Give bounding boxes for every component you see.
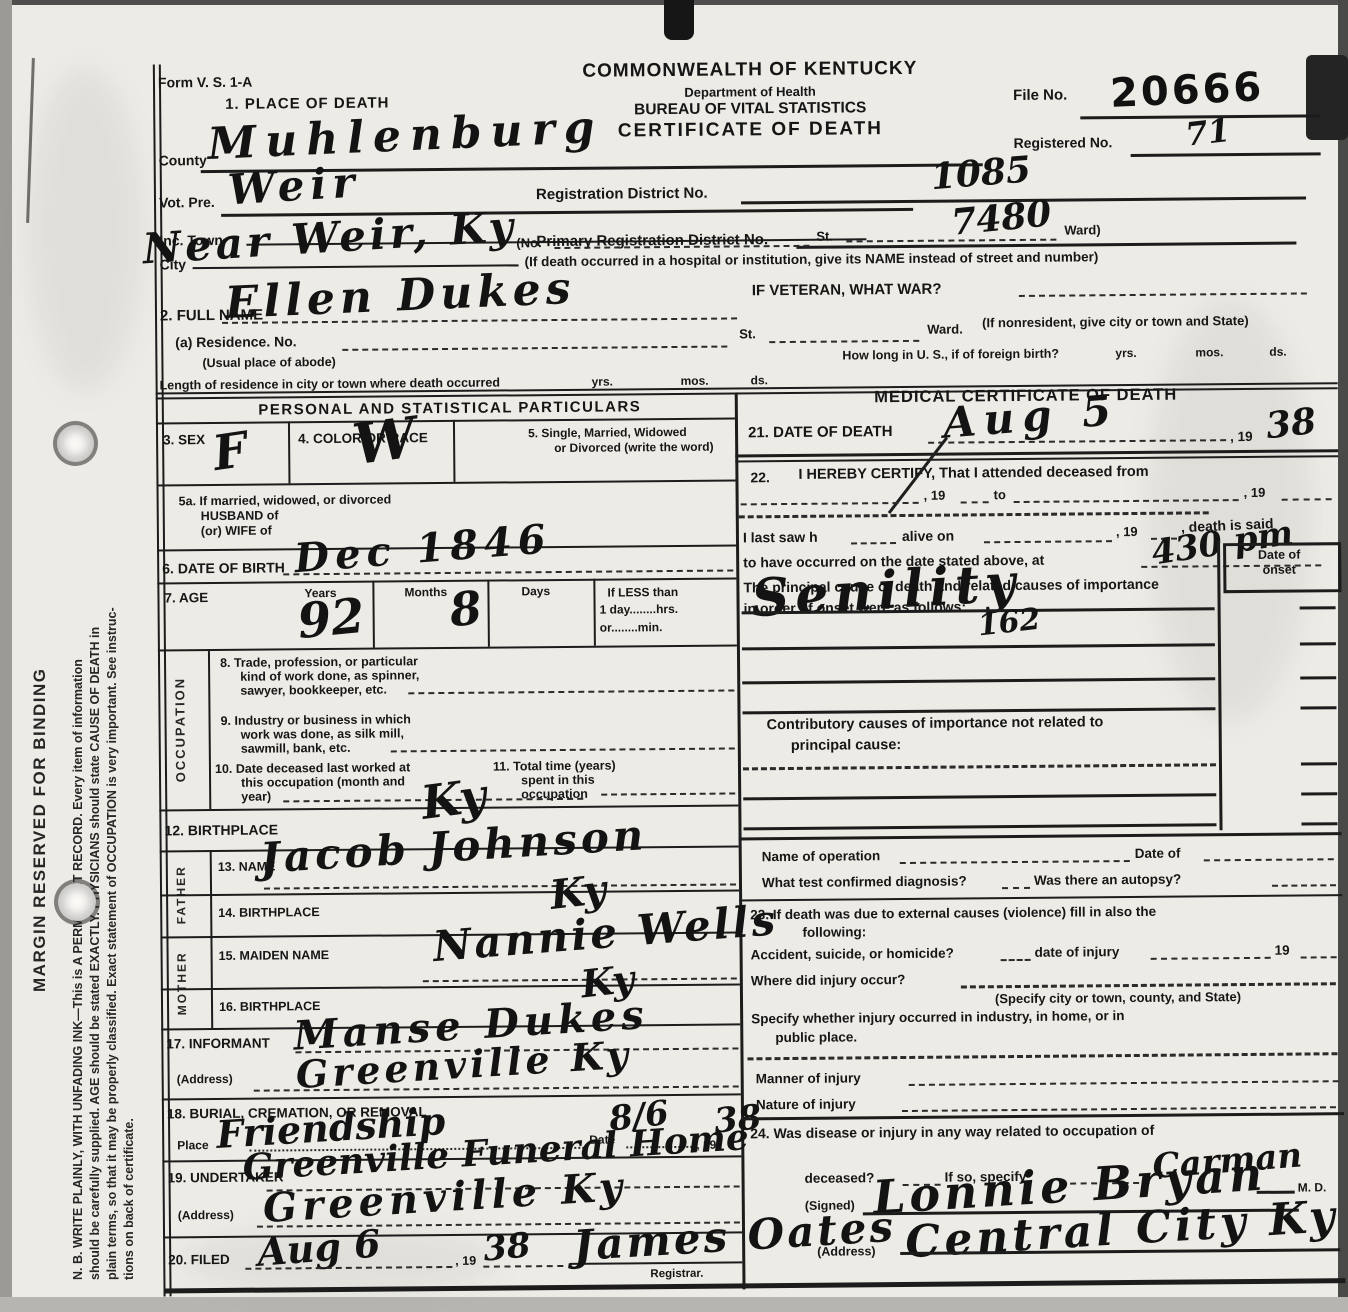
burial-place-label: Place — [177, 1138, 208, 1152]
file-no-label: File No. — [1013, 87, 1067, 104]
residence-st-label: St. — [739, 326, 756, 341]
alive-on-label: alive on — [902, 528, 954, 544]
length-yrs: yrs. — [592, 375, 613, 389]
certify-to: to — [994, 487, 1006, 502]
length-ds: ds. — [751, 373, 768, 387]
color-value: W — [349, 403, 434, 478]
manner-label: Manner of injury — [756, 1070, 861, 1086]
duration-note-value: 162 — [976, 602, 1042, 644]
scanned-death-certificate: MARGIN RESERVED FOR BINDING N. B. WRITE … — [0, 0, 1348, 1312]
occ11-line2: spent in this — [521, 773, 595, 788]
veteran-blank — [1019, 292, 1307, 297]
test-label: What test confirmed diagnosis? — [762, 873, 967, 890]
occ9-line3: sawmill, bank, etc. — [241, 741, 351, 756]
certificate-form: Form V. S. 1-A 1. PLACE OF DEATH County … — [0, 0, 1348, 1312]
veteran-label: IF VETERAN, WHAT WAR? — [752, 281, 942, 300]
date-of-onset-label-1: Date of — [1223, 547, 1335, 562]
informant-address-label: (Address) — [177, 1072, 233, 1086]
nature-label: Nature of injury — [756, 1096, 856, 1112]
hospital-note: (If death occurred in a hospital or inst… — [524, 249, 1098, 269]
form-number: Form V. S. 1-A — [158, 74, 253, 91]
abode-note: (Usual place of abode) — [202, 355, 335, 370]
length-mos: mos. — [681, 374, 709, 388]
specify-injury-label-2: public place. — [775, 1029, 857, 1045]
county-label: County — [159, 152, 207, 168]
contributory-label-2: principal cause: — [791, 737, 902, 754]
item-22-number: 22. — [750, 469, 770, 485]
filed-year-value: 38 — [481, 1225, 532, 1269]
primary-reg-line — [796, 242, 1296, 249]
age-label: 7. AGE — [164, 590, 208, 605]
marital-label-2: or Divorced (write the word) — [554, 440, 713, 455]
vot-pre-label: Vot. Pre. — [159, 194, 215, 210]
age-years-value: 92 — [295, 588, 367, 650]
certify-text: I HEREBY CERTIFY, That I attended deceas… — [798, 464, 1148, 483]
last-saw-19: , 19 — [1116, 524, 1138, 539]
contributory-label-1: Contributory causes of importance not re… — [767, 714, 1104, 733]
injury-date-label: date of injury — [1035, 944, 1120, 960]
city-value: Near Weir, Ky — [141, 202, 518, 274]
occ11-line1: 11. Total time (years) — [493, 759, 616, 774]
city-label: City — [159, 256, 186, 272]
ward-label: Ward) — [1064, 222, 1100, 237]
residence-label: (a) Residence. No. — [175, 333, 297, 350]
occupation-side-label: OCCUPATION — [172, 659, 188, 799]
less-than-1: If LESS than — [607, 585, 678, 600]
item-23-label-1: 23. If death was due to external causes … — [750, 904, 1156, 923]
nonresident-note: (If nonresident, give city or town and S… — [982, 313, 1249, 330]
occ10-line3: year) — [241, 790, 271, 804]
mother-side-label: MOTHER — [174, 942, 189, 1024]
sex-value: F — [209, 422, 251, 482]
undertaker-address-label: (Address) — [178, 1208, 234, 1222]
commonwealth-title: COMMONWEALTH OF KENTUCKY — [535, 57, 965, 83]
residence-ward-label: Ward. — [927, 321, 963, 336]
deceased-label: deceased? — [804, 1170, 874, 1186]
item-23-label-2: following: — [802, 924, 866, 940]
father-birthplace-label: 14. BIRTHPLACE — [218, 905, 320, 920]
accident-label: Accident, suicide, or homicide? — [751, 946, 954, 963]
specify-city-note: (Specify city or town, county, and State… — [995, 989, 1241, 1006]
where-injury-label: Where did injury occur? — [751, 972, 906, 988]
registrar-label: Registrar. — [650, 1268, 703, 1280]
married-widowed-label-2: HUSBAND of — [201, 508, 279, 523]
sex-label: 3. SEX — [163, 432, 205, 447]
residence-st-blank — [769, 340, 919, 343]
occ11-line3: occupation — [521, 787, 588, 802]
place-of-death-title: 1. PLACE OF DEATH — [225, 94, 389, 112]
filed-label: 20. FILED — [168, 1252, 230, 1268]
marital-label-1: 5. Single, Married, Widowed — [528, 425, 687, 440]
age-months-header: Months — [404, 585, 447, 599]
married-widowed-label-1: 5a. If married, widowed, or divorced — [179, 492, 392, 508]
operation-date-label: Date of — [1135, 846, 1181, 861]
age-days-header: Days — [521, 584, 550, 598]
last-saw-label: I last saw h — [743, 529, 818, 546]
howlong-yrs: yrs. — [1115, 346, 1136, 360]
operation-label: Name of operation — [762, 848, 881, 864]
item-24-label: 24. Was disease or injury in any way rel… — [750, 1122, 1154, 1142]
married-widowed-label-3: (or) WIFE of — [201, 524, 272, 539]
dod-19-label: , 19 — [1230, 429, 1253, 444]
informant-label: 17. INFORMANT — [166, 1036, 270, 1052]
filed-19-label: , 19 — [455, 1254, 476, 1268]
age-months-value: 8 — [447, 580, 485, 637]
occ8-line2: kind of work done, as spinner, — [240, 668, 419, 684]
certify-19b: , 19 — [1244, 485, 1266, 500]
vot-pre-value: Weir — [227, 157, 362, 214]
autopsy-label: Was there an autopsy? — [1034, 872, 1181, 888]
registrar-signature: James Oates — [572, 1202, 897, 1271]
occ10-line2: this occupation (month and — [241, 774, 405, 789]
howlong-mos: mos. — [1195, 345, 1223, 359]
injury-19-label: 19 — [1275, 943, 1290, 958]
st-label: St. — [816, 229, 833, 244]
howlong-label: How long in U. S., if of foreign birth? — [842, 347, 1059, 363]
less-than-3: or........min. — [600, 620, 663, 635]
registered-no-line — [1131, 152, 1321, 157]
specify-injury-label-1: Specify whether injury occurred in indus… — [751, 1008, 1124, 1026]
no-label: (No. — [516, 235, 541, 250]
bureau-title: BUREAU OF VITAL STATISTICS — [535, 98, 965, 120]
file-no-value: 20666 — [1109, 64, 1265, 117]
less-than-2: 1 day........hrs. — [600, 602, 679, 617]
residence-no-blank — [342, 346, 727, 351]
st-blank — [846, 239, 1056, 243]
dob-label: 6. DATE OF BIRTH — [162, 559, 285, 576]
certify-19a: , 19 — [924, 488, 946, 503]
date-of-onset-label-2: onset — [1223, 562, 1335, 577]
primary-reg-value: 7480 — [949, 192, 1053, 243]
occ8-line3: sawyer, bookkeeper, etc. — [240, 683, 387, 698]
registered-no-value: 71 — [1183, 111, 1232, 154]
date-of-death-label: 21. DATE OF DEATH — [748, 423, 893, 441]
certificate-title: CERTIFICATE OF DEATH — [535, 117, 965, 143]
reg-district-value: 1085 — [929, 148, 1032, 198]
dod-year-value: 38 — [1264, 400, 1319, 447]
mother-maiden-label: 15. MAIDEN NAME — [219, 948, 330, 963]
personal-title: PERSONAL AND STATISTICAL PARTICULARS — [235, 398, 665, 419]
registered-no-label: Registered No. — [1013, 134, 1112, 151]
occ9-line2: work was done, as silk mill, — [241, 726, 404, 741]
form-border-bottom — [163, 1278, 1345, 1293]
reg-district-label: Registration District No. — [536, 185, 708, 203]
howlong-ds: ds. — [1269, 345, 1286, 359]
